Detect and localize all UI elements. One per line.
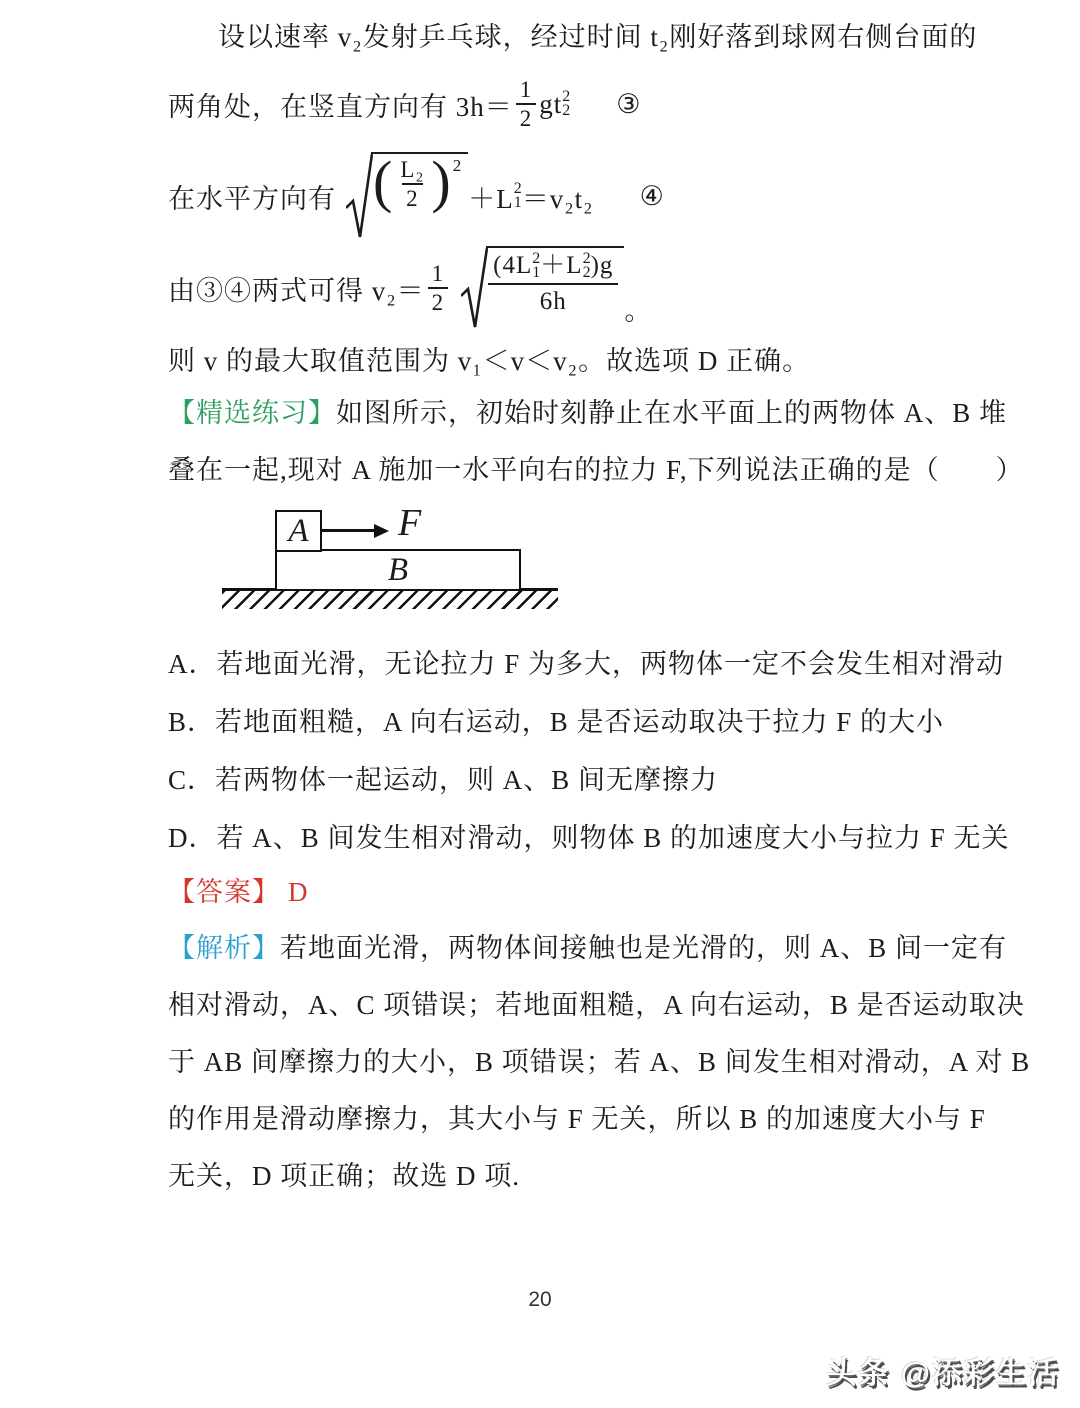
block-b: B [275,549,521,591]
equation-number-3: ③ [616,89,641,120]
radical-sign [346,152,373,240]
superscript: 2 [453,156,463,176]
watermark: 头条 @添彩生活 [826,1348,1060,1392]
sub-sup-stack: 2 2 [583,252,591,280]
fraction-numerator: 1 [516,76,537,103]
radical-sign [461,246,488,330]
ground-hatching [222,588,558,609]
exercise-tag: 【精选练习】 [168,398,336,428]
analysis-tag: 【解析】 [168,933,280,963]
physics-diagram: B A F [168,503,950,609]
fraction-numerator: 1 [428,260,449,287]
formula-vertical-direction: 两角处，在竖直方向有 3h＝ 1 2 gt 2 2 ③ [168,64,950,144]
square-root: (4L 2 1 ＋L 2 2 )g 6h [461,246,624,330]
formula-prefix: 两角处，在竖直方向有 3h＝ [168,85,513,124]
fraction-denominator: 6h [488,283,618,317]
radicand: (4L 2 1 ＋L 2 2 )g 6h [486,246,624,318]
sub-sup-stack: 2 2 [562,90,570,118]
analysis-line-5: 无关，D 项正确；故选 D 项. [168,1155,950,1197]
option-b: B．若地面粗糙，A 向右运动，B 是否运动取决于拉力 F 的大小 [168,701,950,743]
fraction-L2-over-2: L₂ 2 [396,156,428,212]
fraction-denominator: 2 [428,287,449,316]
answer-row: 【答案】D [168,871,950,913]
sub-sup-stack: 2 1 [532,252,540,280]
block-a: A [275,510,322,552]
close-paren: ) [431,154,451,209]
subscript: 1 [532,266,540,280]
analysis-line-2: 相对滑动，A、C 项错误；若地面粗糙，A 向右运动，B 是否运动取决 [168,984,950,1026]
formula-result: 由③④两式可得 v₂＝ 1 2 (4L 2 1 ＋L [168,248,950,328]
fraction-under-root: (4L 2 1 ＋L 2 2 )g 6h [488,250,618,318]
fraction-one-half: 1 2 [516,76,537,132]
numerator-part: )g [591,250,614,281]
fraction-denominator: 2 [516,103,537,132]
subscript: 1 [514,196,522,210]
option-a: A．若地面光滑，无论拉力 F 为多大，两物体一定不会发生相对滑动 [168,643,950,685]
analysis-row-1: 【解析】若地面光滑，两物体间接触也是光滑的，则 A、B 间一定有 [168,927,950,969]
square-root: ( L₂ 2 ) 2 [346,152,468,240]
document-body: 设以速率 v₂发射乒乓球，经过时间 t₂刚好落到球网右侧台面的 两角处，在竖直方… [0,16,1080,1197]
solution-conclusion: 则 v 的最大取值范围为 v₁＜v＜v₂。故选项 D 正确。 [168,340,950,382]
subscript: 2 [583,266,591,280]
exercise-heading: 【精选练习】如图所示，初始时刻静止在水平面上的两物体 A、B 堆 [168,392,950,434]
answer-value: D [288,877,309,907]
numerator-part: ＋L [540,250,582,281]
fraction-numerator: L₂ [396,156,428,183]
analysis-line-1: 若地面光滑，两物体间接触也是光滑的，则 A、B 间一定有 [280,933,1007,963]
open-paren: ( [373,154,393,209]
force-arrow-head [374,524,389,538]
block-b-label: B [388,554,408,587]
numerator-part: (4L [493,250,532,281]
exercise-text-line-2: 叠在一起,现对 A 施加一水平向右的拉力 F,下列说法正确的是（ ） [168,449,950,491]
equation-number-4: ④ [640,181,665,212]
formula-prefix: 由③④两式可得 v₂＝ [168,269,425,308]
formula-horizontal-direction: 在水平方向有 ( L₂ 2 ) 2 ＋L 2 1 ＝v₂t₂ ④ [168,148,950,244]
fraction-denominator: 2 [402,183,423,212]
formula-plus-term: ＋L [468,177,514,216]
exercise-text-line-1: 如图所示，初始时刻静止在水平面上的两物体 A、B 堆 [336,398,1007,428]
fraction-numerator: (4L 2 1 ＋L 2 2 )g [488,250,618,283]
option-d: D．若 A、B 间发生相对滑动，则物体 B 的加速度大小与拉力 F 无关 [168,817,950,859]
analysis-line-4: 的作用是滑动摩擦力，其大小与 F 无关，所以 B 的加速度大小与 F [168,1098,950,1140]
answer-tag: 【答案】 [168,877,280,907]
sentence-period: 。 [624,289,652,328]
force-f-label: F [398,501,421,545]
block-a-label: A [288,515,308,548]
radicand: ( L₂ 2 ) 2 [371,152,468,212]
sub-sup-stack: 2 1 [514,182,522,210]
fraction-one-half: 1 2 [428,260,449,316]
option-c: C．若两物体一起运动，则 A、B 间无摩擦力 [168,759,950,801]
force-arrow-line [322,529,376,532]
formula-base: gt [539,89,562,120]
page-number: 20 [0,1288,1080,1312]
solution-text-line-1: 设以速率 v₂发射乒乓球，经过时间 t₂刚好落到球网右侧台面的 [168,16,950,58]
analysis-line-3: 于 AB 间摩擦力的大小，B 项错误；若 A、B 间发生相对滑动，A 对 B [168,1041,950,1083]
formula-equals-term: ＝v₂t₂ [522,177,594,216]
formula-prefix: 在水平方向有 [168,177,336,216]
subscript: 2 [562,104,570,118]
